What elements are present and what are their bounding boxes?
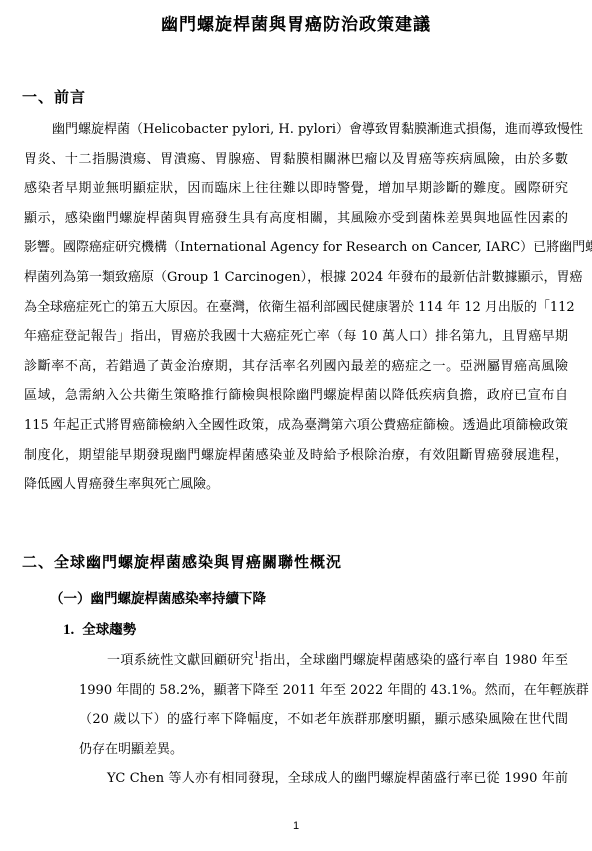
paragraph-line: 感染者早期並無明顯症狀，因而臨床上往往難以即時警覺，增加早期診斷的難度。國際研究 bbox=[24, 174, 568, 204]
paragraph-line: 為全球癌症死亡的第五大原因。在臺灣，依衛生福利部國民健康署於 114 年 12 … bbox=[24, 293, 568, 323]
text-run: 一項系統性文獻回顧研究 bbox=[107, 653, 254, 668]
paragraph-line: 降低國人胃癌發生率與死亡風險。 bbox=[24, 470, 568, 500]
page-number: 1 bbox=[0, 820, 592, 832]
section-heading-global-overview: 二、全球幽門螺旋桿菌感染與胃癌關聯性概況 bbox=[22, 551, 342, 573]
paragraph-line: 年癌症登記報告」指出，胃癌於我國十大癌症死亡率（每 10 萬人口）排名第九，且胃… bbox=[24, 322, 568, 352]
paragraph-line: 一項系統性文獻回顧研究1指出，全球幽門螺旋桿菌感染的盛行率自 1980 年至 bbox=[79, 646, 568, 676]
paragraph-line: 桿菌列為第一類致癌原（Group 1 Carcinogen），根據 2024 年… bbox=[24, 263, 568, 293]
global-trend-paragraph-2: YC Chen 等人亦有相同發現，全球成人的幽門螺旋桿菌盛行率已從 1990 年… bbox=[79, 764, 568, 794]
document-page: 幽門螺旋桿菌與胃癌防治政策建議 一、前言 幽門螺旋桿菌（Helicobacter… bbox=[0, 0, 592, 851]
paragraph-line: 115 年起正式將胃癌篩檢納入全國性政策，成為臺灣第六項公費癌症篩檢。透過此項篩… bbox=[24, 411, 568, 441]
subsection-heading-infection-rate: （一）幽門螺旋桿菌感染率持續下降 bbox=[50, 589, 266, 609]
paragraph-line: 仍存在明顯差異。 bbox=[79, 735, 568, 765]
paragraph-line: 顯示，感染幽門螺旋桿菌與胃癌發生具有高度相關，其風險亦受到菌株差異與地區性因素的 bbox=[24, 204, 568, 234]
paragraph-line: YC Chen 等人亦有相同發現，全球成人的幽門螺旋桿菌盛行率已從 1990 年… bbox=[79, 764, 568, 794]
item-heading-global-trend: 1.全球趨勢 bbox=[63, 620, 136, 640]
paragraph-line: 診斷率不高，若錯過了黃金治療期，其存活率名列國內最差的癌症之一。亞洲屬胃癌高風險 bbox=[24, 352, 568, 382]
paragraph-line: 影響。國際癌症研究機構（International Agency for Res… bbox=[24, 233, 568, 263]
paragraph-line: （20 歲以下）的盛行率下降幅度，不如老年族群那麼明顯，顯示感染風險在世代間 bbox=[79, 705, 568, 735]
global-trend-paragraph-1: 一項系統性文獻回顧研究1指出，全球幽門螺旋桿菌感染的盛行率自 1980 年至 1… bbox=[79, 646, 568, 764]
paragraph-line: 區域，急需納入公共衛生策略推行篩檢與根除幽門螺旋桿菌以降低疾病負擔，政府已宣布自 bbox=[24, 381, 568, 411]
introduction-paragraph: 幽門螺旋桿菌（Helicobacter pylori, H. pylori）會導… bbox=[24, 115, 568, 500]
item-number: 1. bbox=[63, 622, 74, 638]
item-title: 全球趨勢 bbox=[82, 622, 136, 638]
text-run: 指出，全球幽門螺旋桿菌感染的盛行率自 1980 年至 bbox=[259, 653, 568, 668]
paragraph-line: 制度化，期望能早期發現幽門螺旋桿菌感染並及時給予根除治療，有效阻斷胃癌發展進程， bbox=[24, 441, 568, 471]
section-heading-introduction: 一、前言 bbox=[22, 86, 86, 108]
document-title: 幽門螺旋桿菌與胃癌防治政策建議 bbox=[0, 13, 592, 37]
paragraph-line: 幽門螺旋桿菌（Helicobacter pylori, H. pylori）會導… bbox=[24, 115, 568, 145]
paragraph-line: 胃炎、十二指腸潰瘍、胃潰瘍、胃腺癌、胃黏膜相關淋巴瘤以及胃癌等疾病風險，由於多數 bbox=[24, 145, 568, 175]
paragraph-line: 1990 年間的 58.2%，顯著下降至 2011 年至 2022 年間的 43… bbox=[79, 676, 568, 706]
